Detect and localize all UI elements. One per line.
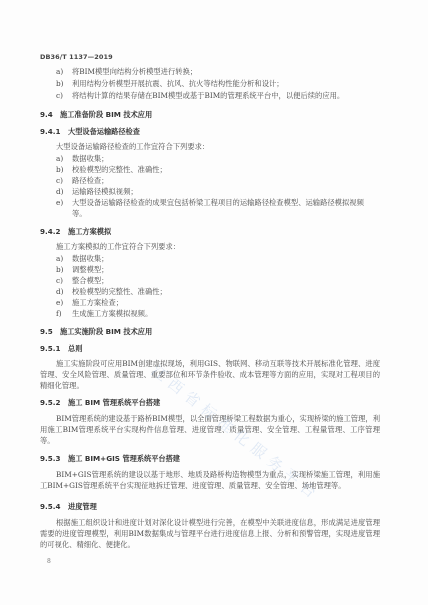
list-item: c)整合模型； <box>56 276 108 286</box>
section-heading-9-5-1: 9.5.1总则 <box>40 344 82 354</box>
lead-text: 大型设备运输路径检查的工作宜符合下列要求： <box>56 142 209 152</box>
section-heading-9-4-1: 9.4.1大型设备运输路径检查 <box>40 127 140 137</box>
list-item: b)调整模型； <box>56 265 108 275</box>
list-item: b)利用结构分析模型开展抗震、抗风、抗火等结构性能分析和设计； <box>56 79 284 89</box>
paragraph: BIM管理系统的建设基于路桥BIM模型，以全面管理桥梁工程数据为重心，实现桥梁的… <box>40 413 380 446</box>
section-heading-9-5-4: 9.5.4进度管理 <box>40 502 97 512</box>
page-number: 8 <box>47 558 51 565</box>
list-item: a)数据收集； <box>56 254 108 264</box>
section-heading-9-4-2: 9.4.2施工方案模拟 <box>40 227 111 237</box>
list-item: e)大型设备运输路径检查的成果宜包括桥梁工程项目的运输路径检查模型、运输路径模拟… <box>56 198 364 208</box>
list-item: c)路径检查； <box>56 176 108 186</box>
list-item: d)校验模型的完整性、准确性； <box>56 287 167 297</box>
section-heading-9-5-3: 9.5.3施工 BIM+GIS 管理系统平台搭建 <box>40 454 180 464</box>
paragraph: BIM+GIS管理系统的建设以基于地形、地质及路桥构造物模型为重点，实现桥梁施工… <box>40 469 380 491</box>
document-page: DB36/T 1137—2019 a)将BIM模型向结构分析模型进行转换； b)… <box>0 0 428 605</box>
paragraph: 施工实施阶段可应用BIM创建虚拟现场，利用GIS、物联网、移动互联等技术开展标准… <box>40 358 380 391</box>
list-item: e)施工方案检查； <box>56 298 123 308</box>
list-item: a)数据收集； <box>56 154 108 164</box>
lead-text: 施工方案模拟的工作宜符合下列要求： <box>56 242 180 252</box>
section-heading-9-5: 9.5施工实施阶段 BIM 技术应用 <box>40 327 152 337</box>
section-heading-9-4: 9.4施工准备阶段 BIM 技术应用 <box>40 110 152 120</box>
list-item: f)生成施工方案模拟视频。 <box>56 309 152 319</box>
document-code: DB36/T 1137—2019 <box>40 53 113 61</box>
list-item: c)将结构计算的结果存储在BIM模型或基于BIM的管理系统平台中，以便后续的应用… <box>56 91 344 101</box>
list-item: a)将BIM模型向结构分析模型进行转换； <box>56 67 197 77</box>
paragraph: 根据施工组织设计和进度计划对深化设计模型进行完善，在模型中关联进度信息，形成满足… <box>40 517 380 550</box>
section-heading-9-5-2: 9.5.2施工 BIM 管理系统平台搭建 <box>40 398 160 408</box>
list-item: d)运输路径模拟视频； <box>56 187 138 197</box>
list-item-continuation: 等。 <box>72 209 87 219</box>
list-item: b)校验模型的完整性、准确性； <box>56 165 167 175</box>
